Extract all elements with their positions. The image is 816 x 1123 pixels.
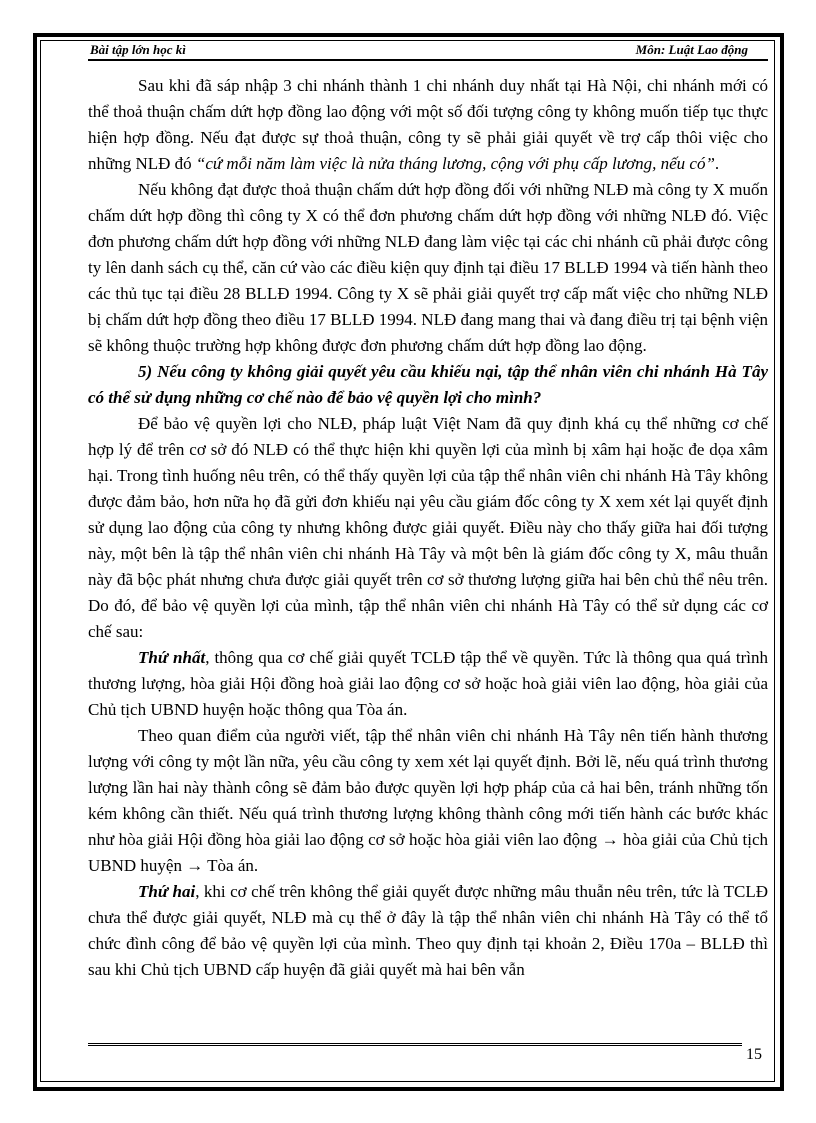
footer-rule bbox=[88, 1043, 742, 1046]
lead-phrase: Thứ nhất bbox=[138, 648, 205, 667]
paragraph: Nếu không đạt được thoả thuận chấm dứt h… bbox=[88, 177, 768, 359]
page-number: 15 bbox=[746, 1046, 762, 1064]
paragraph: Thứ hai, khi cơ chế trên không thể giải … bbox=[88, 879, 768, 983]
page-header: Bài tập lớn học kì Môn: Luật Lao động bbox=[88, 40, 768, 61]
paragraph: Sau khi đã sáp nhập 3 chi nhánh thành 1 … bbox=[88, 73, 768, 177]
paragraph: Thứ nhất, thông qua cơ chế giải quyết TC… bbox=[88, 645, 768, 723]
lead-phrase: Thứ hai bbox=[138, 882, 195, 901]
header-title: Bài tập lớn học kì bbox=[90, 40, 186, 59]
quote: “cứ mỗi năm làm việc là nửa tháng lương,… bbox=[196, 154, 715, 173]
paragraph: Để bảo vệ quyền lợi cho NLĐ, pháp luật V… bbox=[88, 411, 768, 645]
paragraph: Theo quan điểm của người viết, tập thể n… bbox=[88, 723, 768, 879]
document-body: Sau khi đã sáp nhập 3 chi nhánh thành 1 … bbox=[88, 73, 768, 983]
section-heading: 5) Nếu công ty không giải quyết yêu cầu … bbox=[88, 359, 768, 411]
header-subject: Môn: Luật Lao động bbox=[636, 40, 748, 59]
